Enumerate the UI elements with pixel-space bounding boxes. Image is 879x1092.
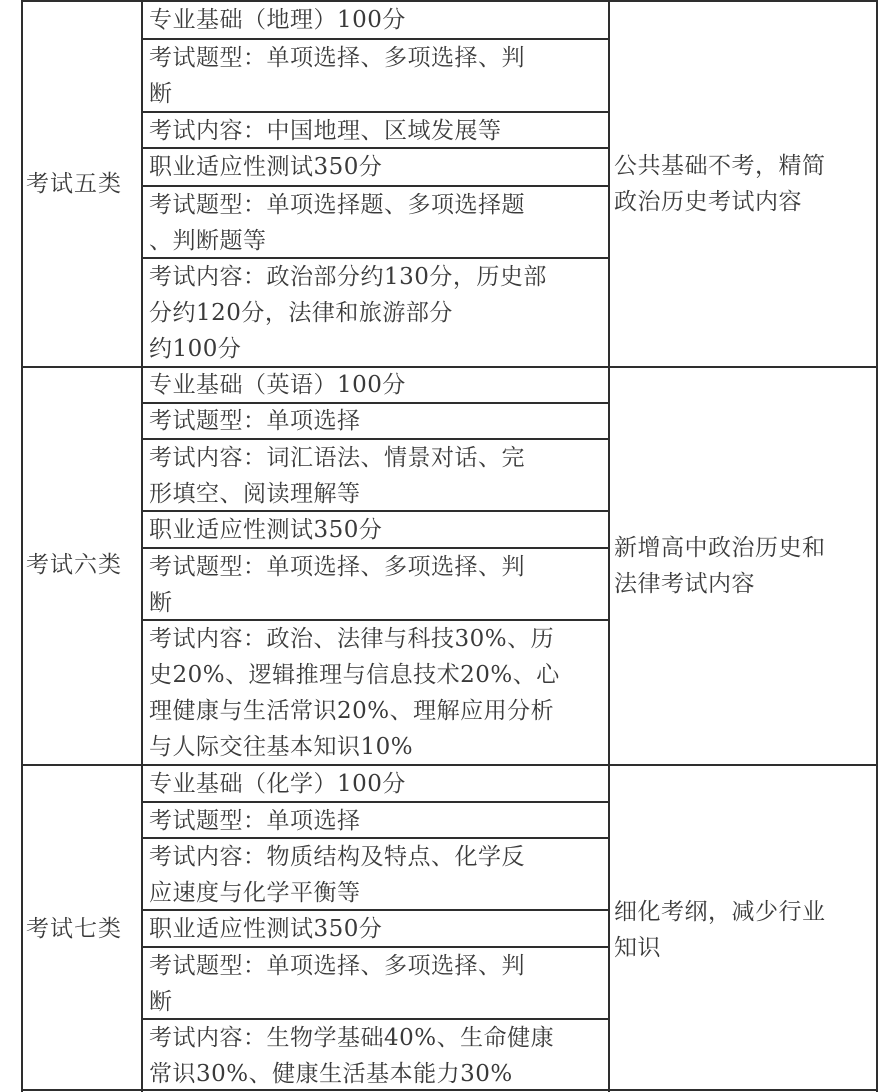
content-cell: 考试内容：中国地理、区域发展等 [149, 113, 604, 149]
change-note: 公共基础不考，精简 政治历史考试内容 [614, 148, 872, 220]
category-label: 考试五类 [26, 166, 142, 202]
column-divider-2 [608, 0, 610, 1092]
category-label: 考试六类 [26, 547, 142, 583]
question-type-cell: 考试题型：单项选择题、多项选择题 、判断题等 [149, 187, 604, 259]
content-cell: 考试内容：生物学基础40%、生命健康 常识30%、健康生活基本能力30% [149, 1020, 604, 1092]
content-cell: 考试内容：政治部分约130分，历史部 分约120分，法律和旅游部分 约100分 [149, 259, 604, 367]
aptitude-test-cell: 职业适应性测试350分 [149, 149, 604, 185]
subject-cell: 专业基础（化学）100分 [149, 766, 604, 802]
content-cell: 考试内容：物质结构及特点、化学反 应速度与化学平衡等 [149, 839, 604, 911]
question-type-cell: 考试题型：单项选择、多项选择、判 断 [149, 948, 604, 1020]
change-note: 新增高中政治历史和 法律考试内容 [614, 530, 872, 602]
category-label: 考试七类 [26, 911, 142, 947]
aptitude-test-cell: 职业适应性测试350分 [149, 512, 604, 548]
subject-cell: 专业基础（地理）100分 [149, 2, 604, 38]
question-type-cell: 考试题型：单项选择、多项选择、判 断 [149, 549, 604, 621]
table-border-right [876, 0, 878, 1092]
exam-table: 考试五类 专业基础（地理）100分 考试题型：单项选择、多项选择、判 断 考试内… [0, 0, 879, 1092]
content-cell: 考试内容：词汇语法、情景对话、完 形填空、阅读理解等 [149, 440, 604, 512]
question-type-cell: 考试题型：单项选择 [149, 403, 604, 439]
question-type-cell: 考试题型：单项选择 [149, 803, 604, 839]
question-type-cell: 考试题型：单项选择、多项选择、判 断 [149, 40, 604, 112]
aptitude-test-cell: 职业适应性测试350分 [149, 911, 604, 947]
table-border-left [21, 0, 23, 1092]
content-cell: 考试内容：政治、法律与科技30%、历 史20%、逻辑推理与信息技术20%、心 理… [149, 621, 604, 765]
change-note: 细化考纲，减少行业 知识 [614, 894, 872, 966]
subject-cell: 专业基础（英语）100分 [149, 367, 604, 403]
